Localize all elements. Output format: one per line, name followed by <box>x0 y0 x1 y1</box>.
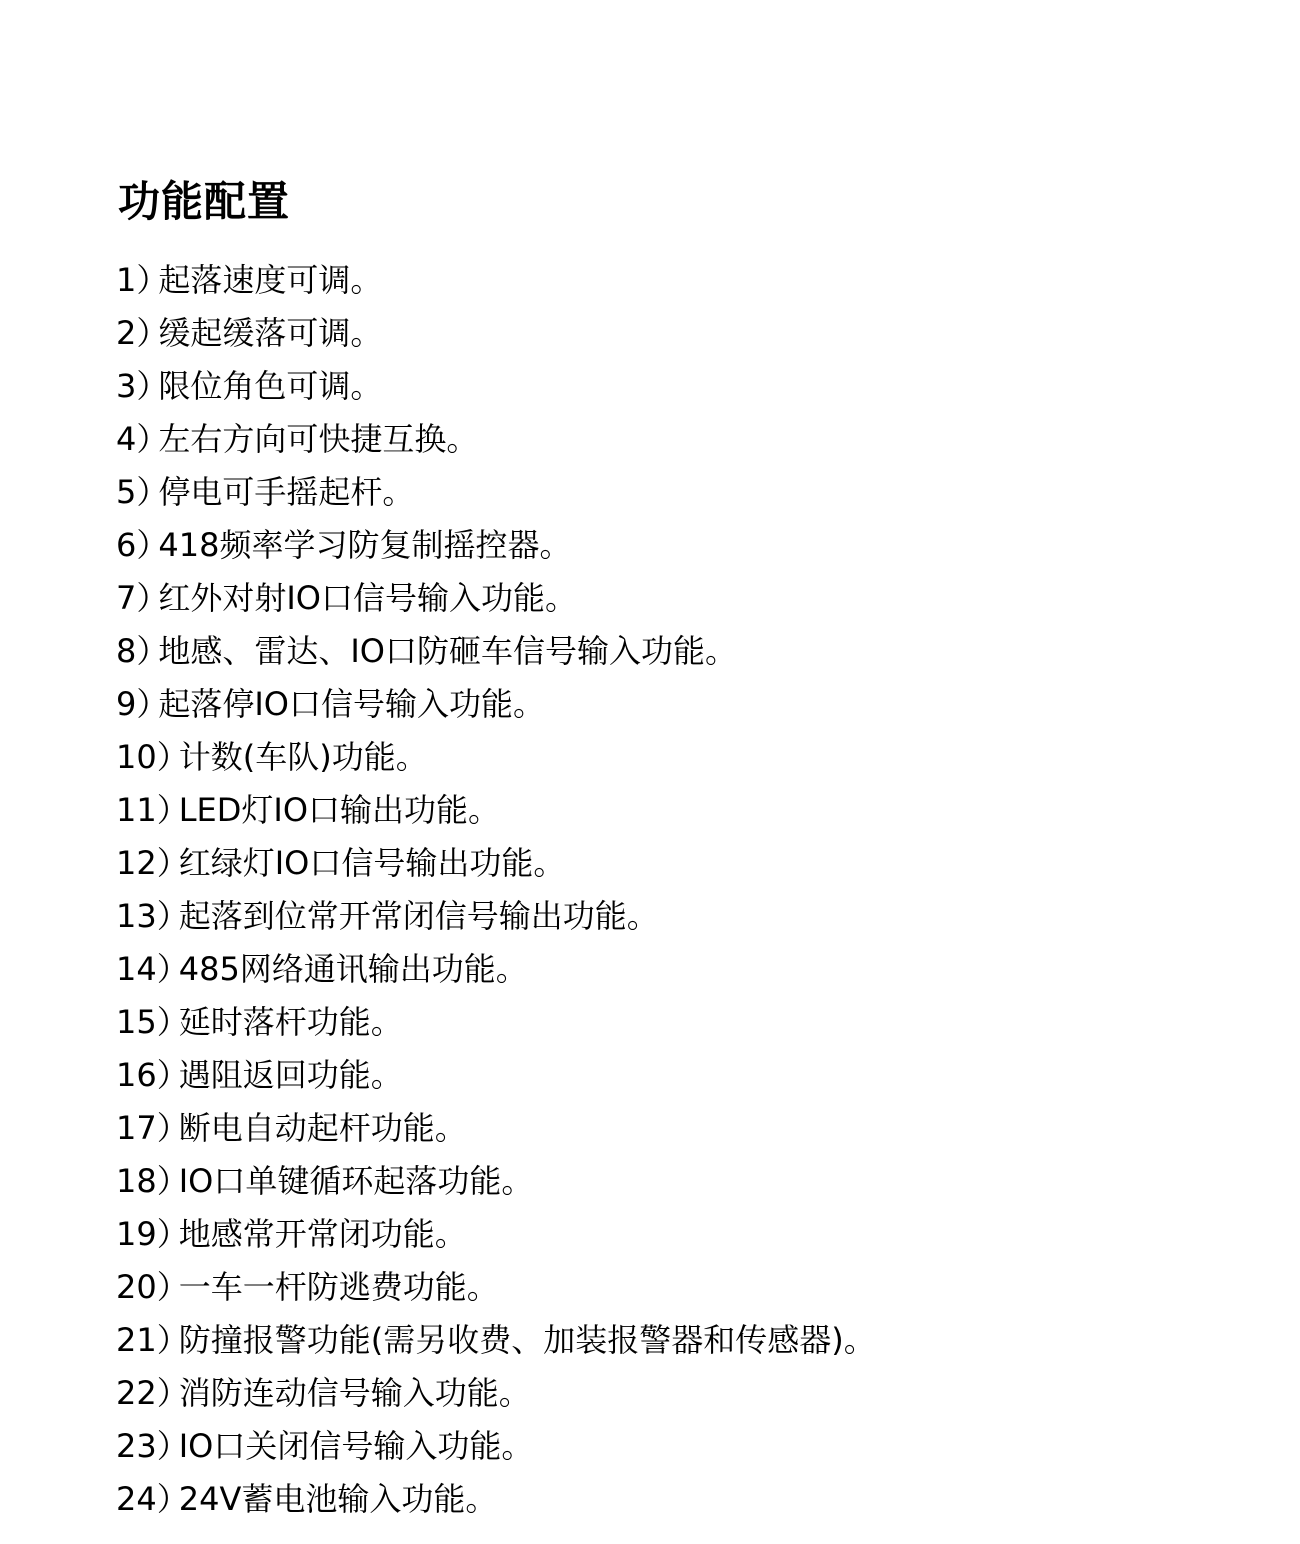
item-paren: ） <box>157 731 179 784</box>
list-item: 20）一车一杆防逃费功能。 <box>116 1261 876 1314</box>
item-number: 18 <box>116 1155 157 1208</box>
item-number: 4 <box>116 413 136 466</box>
item-number: 10 <box>116 731 157 784</box>
item-paren: ） <box>157 1420 179 1473</box>
item-text: 计数(车队)功能。 <box>179 731 428 784</box>
list-item: 18）IO口单键循环起落功能。 <box>116 1155 876 1208</box>
list-item: 21）防撞报警功能(需另收费、加装报警器和传感器)。 <box>116 1314 876 1367</box>
list-item: 19）地感常开常闭功能。 <box>116 1208 876 1261</box>
item-paren: ） <box>136 572 158 625</box>
item-paren: ） <box>136 625 158 678</box>
list-item: 22）消防连动信号输入功能。 <box>116 1367 876 1420</box>
item-number: 2 <box>116 307 136 360</box>
item-number: 22 <box>116 1367 157 1420</box>
item-number: 6 <box>116 519 136 572</box>
item-paren: ） <box>136 307 158 360</box>
item-text: 防撞报警功能(需另收费、加装报警器和传感器)。 <box>179 1314 876 1367</box>
item-paren: ） <box>157 943 179 996</box>
item-number: 14 <box>116 943 157 996</box>
item-number: 12 <box>116 837 157 890</box>
list-item: 12）红绿灯IO口信号输出功能。 <box>116 837 876 890</box>
item-text: 断电自动起杆功能。 <box>179 1102 467 1155</box>
item-number: 19 <box>116 1208 157 1261</box>
feature-list: 1）起落速度可调。 2）缓起缓落可调。 3）限位角色可调。 4）左右方向可快捷互… <box>116 254 876 1526</box>
item-text: 左右方向可快捷互换。 <box>158 413 478 466</box>
list-item: 16）遇阻返回功能。 <box>116 1049 876 1102</box>
list-item: 5）停电可手摇起杆。 <box>116 466 876 519</box>
list-item: 8）地感、雷达、IO口防砸车信号输入功能。 <box>116 625 876 678</box>
list-item: 2）缓起缓落可调。 <box>116 307 876 360</box>
item-number: 11 <box>116 784 157 837</box>
item-number: 15 <box>116 996 157 1049</box>
item-text: 一车一杆防逃费功能。 <box>179 1261 499 1314</box>
item-paren: ） <box>136 360 158 413</box>
item-text: 地感、雷达、IO口防砸车信号输入功能。 <box>158 625 737 678</box>
list-item: 3）限位角色可调。 <box>116 360 876 413</box>
item-paren: ） <box>157 1102 179 1155</box>
item-text: 红外对射IO口信号输入功能。 <box>158 572 577 625</box>
item-text: 消防连动信号输入功能。 <box>179 1367 531 1420</box>
item-number: 17 <box>116 1102 157 1155</box>
item-number: 1 <box>116 254 136 307</box>
item-text: 起落速度可调。 <box>158 254 382 307</box>
item-number: 9 <box>116 678 136 731</box>
item-number: 13 <box>116 890 157 943</box>
item-paren: ） <box>157 1367 179 1420</box>
list-item: 1）起落速度可调。 <box>116 254 876 307</box>
item-number: 21 <box>116 1314 157 1367</box>
item-paren: ） <box>157 837 179 890</box>
item-text: 红绿灯IO口信号输出功能。 <box>179 837 566 890</box>
list-item: 17）断电自动起杆功能。 <box>116 1102 876 1155</box>
item-text: 24V蓄电池输入功能。 <box>179 1473 498 1526</box>
item-paren: ） <box>136 254 158 307</box>
list-item: 11）LED灯IO口输出功能。 <box>116 784 876 837</box>
item-text: 停电可手摇起杆。 <box>158 466 414 519</box>
item-number: 23 <box>116 1420 157 1473</box>
item-text: 418频率学习防复制摇控器。 <box>158 519 571 572</box>
page-title: 功能配置 <box>118 174 290 230</box>
list-item: 15）延时落杆功能。 <box>116 996 876 1049</box>
item-paren: ） <box>157 1314 179 1367</box>
list-item: 23）IO口关闭信号输入功能。 <box>116 1420 876 1473</box>
item-number: 16 <box>116 1049 157 1102</box>
list-item: 6）418频率学习防复制摇控器。 <box>116 519 876 572</box>
item-paren: ） <box>136 678 158 731</box>
item-number: 3 <box>116 360 136 413</box>
item-paren: ） <box>157 996 179 1049</box>
list-item: 24）24V蓄电池输入功能。 <box>116 1473 876 1526</box>
list-item: 4）左右方向可快捷互换。 <box>116 413 876 466</box>
list-item: 7）红外对射IO口信号输入功能。 <box>116 572 876 625</box>
list-item: 10）计数(车队)功能。 <box>116 731 876 784</box>
item-text: IO口关闭信号输入功能。 <box>179 1420 534 1473</box>
item-paren: ） <box>136 466 158 519</box>
item-paren: ） <box>157 1049 179 1102</box>
item-text: 延时落杆功能。 <box>179 996 403 1049</box>
item-number: 7 <box>116 572 136 625</box>
item-number: 20 <box>116 1261 157 1314</box>
item-text: LED灯IO口输出功能。 <box>179 784 500 837</box>
item-paren: ） <box>136 519 158 572</box>
item-number: 5 <box>116 466 136 519</box>
list-item: 14）485网络通讯输出功能。 <box>116 943 876 996</box>
list-item: 9）起落停IO口信号输入功能。 <box>116 678 876 731</box>
item-paren: ） <box>157 1473 179 1526</box>
item-paren: ） <box>136 413 158 466</box>
item-text: IO口单键循环起落功能。 <box>179 1155 534 1208</box>
item-paren: ） <box>157 890 179 943</box>
item-number: 24 <box>116 1473 157 1526</box>
item-text: 遇阻返回功能。 <box>179 1049 403 1102</box>
item-paren: ） <box>157 1208 179 1261</box>
item-text: 起落停IO口信号输入功能。 <box>158 678 545 731</box>
item-text: 地感常开常闭功能。 <box>179 1208 467 1261</box>
item-text: 485网络通讯输出功能。 <box>179 943 528 996</box>
item-text: 缓起缓落可调。 <box>158 307 382 360</box>
item-number: 8 <box>116 625 136 678</box>
item-paren: ） <box>157 784 179 837</box>
list-item: 13）起落到位常开常闭信号输出功能。 <box>116 890 876 943</box>
item-paren: ） <box>157 1155 179 1208</box>
item-text: 限位角色可调。 <box>158 360 382 413</box>
item-paren: ） <box>157 1261 179 1314</box>
item-text: 起落到位常开常闭信号输出功能。 <box>179 890 659 943</box>
